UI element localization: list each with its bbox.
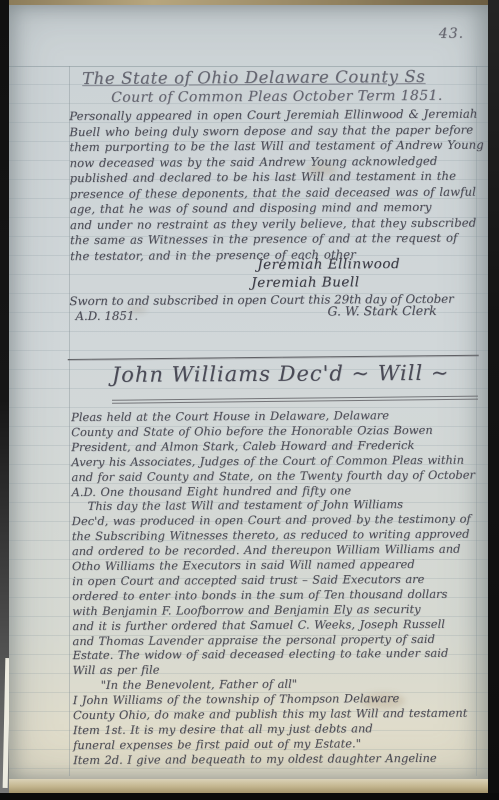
manuscript-line: Avery his Associates, Judges of the Cour… <box>71 452 487 469</box>
title-underline-double-rule <box>112 396 478 406</box>
manuscript-line: with Benjamin F. Loofborrow and Benjamin… <box>72 601 488 618</box>
manuscript-line: the same as Witnesses in the presence of… <box>70 231 482 248</box>
manuscript-line: This day the last Will and testament of … <box>72 497 488 514</box>
manuscript-line: them purporting to be the last Will and … <box>69 138 481 155</box>
manuscript-line: and it is further ordered that Samuel C.… <box>72 616 488 633</box>
manuscript-line: Item 1st. It is my desire that all my ju… <box>73 720 489 737</box>
manuscript-line: County and State of Ohio before the Hono… <box>71 422 487 439</box>
manuscript-line: in open Court and accepted said trust – … <box>72 571 488 588</box>
manuscript-line: Estate. The widow of said deceased elect… <box>73 646 489 663</box>
manuscript-line: Dec'd, was produced in open Court and pr… <box>72 512 488 529</box>
manuscript-line: President, and Almon Stark, Caleb Howard… <box>71 437 487 454</box>
probate-heading-term: Court of Common Pleas October Term 1851. <box>111 88 443 106</box>
manuscript-line: Personally appeared in open Court Jeremi… <box>69 107 481 124</box>
manuscript-line: funeral expenses be first paid out of my… <box>73 735 489 752</box>
will-record-title: John Williams Dec'd ~ Will ~ <box>112 361 450 387</box>
manuscript-line: published and declared to be his last Wi… <box>70 169 482 186</box>
witness-signature: Jeremiah Ellinwood <box>257 256 400 273</box>
page-number: 43. <box>439 26 464 42</box>
manuscript-line: and for said County and State, on the Tw… <box>71 467 487 484</box>
manuscript-line: and ordered to be recorded. And thereupo… <box>72 542 488 559</box>
manuscript-line: Item 2d. I give and bequeath to my oldes… <box>73 750 489 767</box>
manuscript-line: Will as per file <box>73 661 489 678</box>
probate-heading-venue: The State of Ohio Delaware County Ss <box>82 67 425 88</box>
attestation-date: A.D. 1851. <box>75 309 138 323</box>
manuscript-line: Pleas held at the Court House in Delawar… <box>71 408 487 425</box>
manuscript-line: and under no restraint as they verily be… <box>70 215 482 232</box>
manuscript-line: I John Williams of the township of Thomp… <box>73 691 489 708</box>
manuscript-line: "In the Benevolent, Father of all" <box>73 676 489 693</box>
clerk-signature: G. W. Stark Clerk <box>327 303 436 319</box>
manuscript-line: County Ohio, do make and publish this my… <box>73 706 489 723</box>
manuscript-line: Buell who being duly sworn depose and sa… <box>69 122 481 139</box>
manuscript-line: now deceased was by the said Andrew Youn… <box>70 153 482 170</box>
scanned-ledger-page: 43. The State of Ohio Delaware County Ss… <box>0 0 499 800</box>
entry-divider-rule <box>68 355 479 360</box>
witness-signature: Jeremiah Buell <box>251 274 359 291</box>
manuscript-line: ordered to enter into bonds in the sum o… <box>72 586 488 603</box>
manuscript-line: age, that he was of sound and disposing … <box>70 200 482 217</box>
manuscript-line: A.D. One thousand Eight hundred and fift… <box>72 482 488 499</box>
manuscript-line: and Thomas Lavender appraise the persona… <box>72 631 488 648</box>
manuscript-line: presence of these deponents, that the sa… <box>70 184 482 201</box>
manuscript-line: Otho Williams the Executors in said Will… <box>72 557 488 574</box>
manuscript-line: the Subscribing Witnesses thereto, as re… <box>72 527 488 544</box>
handwritten-content: 43. The State of Ohio Delaware County Ss… <box>0 0 499 800</box>
